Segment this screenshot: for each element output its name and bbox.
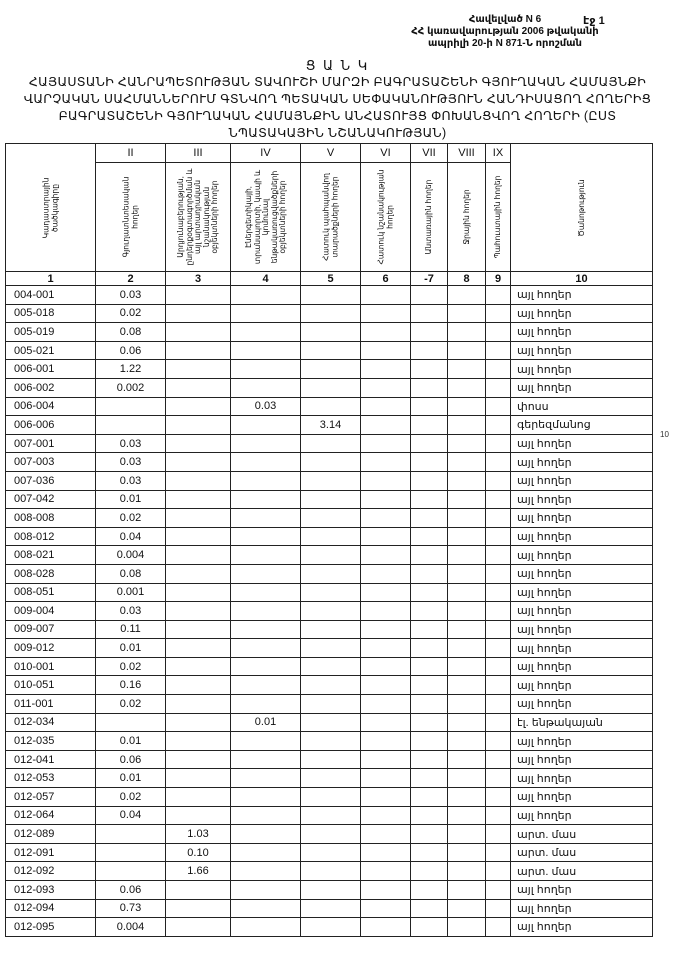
table-row: 006-0011.22այլ հողեր	[6, 360, 653, 379]
special-cell	[361, 881, 411, 900]
energy-transport-cell	[231, 602, 301, 621]
water-cell	[448, 304, 486, 323]
table-row: 008-0120.04այլ հողեր	[6, 527, 653, 546]
reserve-cell	[486, 416, 511, 435]
table-row: 007-0360.03այլ հողեր	[6, 471, 653, 490]
protected-cell	[301, 657, 361, 676]
forest-cell	[411, 397, 448, 416]
note-cell: այլ հողեր	[511, 341, 653, 360]
roman-header: IX	[486, 144, 511, 163]
note-cell: այլ հողեր	[511, 881, 653, 900]
energy-transport-cell	[231, 323, 301, 342]
energy-transport-cell	[231, 881, 301, 900]
table-row: 008-0510.001այլ հողեր	[6, 583, 653, 602]
note-cell: այլ հողեր	[511, 657, 653, 676]
forest-cell	[411, 695, 448, 714]
protected-cell	[301, 825, 361, 844]
col-header-energy-transport: Էներգետիկայի, տրանսպորտի, կապի և կոմունա…	[231, 163, 301, 272]
special-cell	[361, 806, 411, 825]
note-cell: այլ հողեր	[511, 788, 653, 807]
industrial-cell	[166, 676, 231, 695]
energy-transport-cell	[231, 453, 301, 472]
note-cell: այլ հողեր	[511, 918, 653, 937]
forest-cell	[411, 825, 448, 844]
cadastral-code-cell: 004-001	[6, 286, 96, 305]
cadastral-code-cell: 008-008	[6, 509, 96, 528]
forest-cell	[411, 341, 448, 360]
table-row: 012-0950.004այլ հողեր	[6, 918, 653, 937]
forest-cell	[411, 602, 448, 621]
cadastral-code-cell: 010-001	[6, 657, 96, 676]
industrial-cell	[166, 639, 231, 658]
water-cell	[448, 323, 486, 342]
roman-header: VII	[411, 144, 448, 163]
energy-transport-cell	[231, 899, 301, 918]
forest-cell	[411, 546, 448, 565]
forest-cell	[411, 360, 448, 379]
energy-transport-cell	[231, 732, 301, 751]
reserve-cell	[486, 490, 511, 509]
note-cell: այլ հողեր	[511, 732, 653, 751]
industrial-cell	[166, 899, 231, 918]
reserve-cell	[486, 453, 511, 472]
table-row: 012-0930.06այլ հողեր	[6, 881, 653, 900]
water-cell	[448, 471, 486, 490]
water-cell	[448, 788, 486, 807]
forest-cell	[411, 732, 448, 751]
cadastral-code-cell: 012-094	[6, 899, 96, 918]
energy-transport-cell	[231, 676, 301, 695]
protected-cell	[301, 713, 361, 732]
column-number: 2	[96, 272, 166, 286]
cadastral-code-cell: 012-057	[6, 788, 96, 807]
energy-transport-cell	[231, 750, 301, 769]
col-header-forest: Անտառային հողեր	[411, 163, 448, 272]
note-cell: այլ հողեր	[511, 323, 653, 342]
roman-header: III	[166, 144, 231, 163]
table-row: 007-0420.01այլ հողեր	[6, 490, 653, 509]
industrial-cell	[166, 620, 231, 639]
column-number: 9	[486, 272, 511, 286]
note-cell: այլ հողեր	[511, 509, 653, 528]
water-cell	[448, 416, 486, 435]
reserve-cell	[486, 527, 511, 546]
roman-header: V	[301, 144, 361, 163]
cadastral-code-cell: 006-004	[6, 397, 96, 416]
water-cell	[448, 360, 486, 379]
special-cell	[361, 825, 411, 844]
table-row: 009-0120.01այլ հողեր	[6, 639, 653, 658]
table-row: 010-0510.16այլ հողեր	[6, 676, 653, 695]
note-cell: այլ հողեր	[511, 286, 653, 305]
energy-transport-cell	[231, 825, 301, 844]
industrial-cell	[166, 788, 231, 807]
agricultural-cell: 0.73	[96, 899, 166, 918]
forest-cell	[411, 527, 448, 546]
agricultural-cell	[96, 825, 166, 844]
special-cell	[361, 918, 411, 937]
special-cell	[361, 769, 411, 788]
margin-mark: 10	[660, 430, 669, 439]
industrial-cell: 0.10	[166, 843, 231, 862]
agricultural-cell: 0.01	[96, 732, 166, 751]
note-cell: այլ հողեր	[511, 750, 653, 769]
water-cell	[448, 527, 486, 546]
table-row: 006-0020.002այլ հողեր	[6, 378, 653, 397]
forest-cell	[411, 304, 448, 323]
note-cell: այլ հողեր	[511, 471, 653, 490]
water-cell	[448, 546, 486, 565]
table-row: 012-0640.04այլ հողեր	[6, 806, 653, 825]
column-number: 4	[231, 272, 301, 286]
protected-cell	[301, 881, 361, 900]
page-number: էջ 1	[583, 14, 605, 27]
note-cell: այլ հողեր	[511, 360, 653, 379]
table-body: 004-0010.03այլ հողեր005-0180.02այլ հողեր…	[6, 286, 653, 937]
column-number: 10	[511, 272, 653, 286]
reserve-cell	[486, 378, 511, 397]
col-header-water: Ջրային հողեր	[448, 163, 486, 272]
energy-transport-cell	[231, 639, 301, 658]
industrial-cell	[166, 583, 231, 602]
agricultural-cell: 0.02	[96, 695, 166, 714]
cadastral-code-cell: 008-021	[6, 546, 96, 565]
reserve-cell	[486, 360, 511, 379]
cadastral-code-cell: 008-028	[6, 564, 96, 583]
special-cell	[361, 527, 411, 546]
reserve-cell	[486, 732, 511, 751]
note-cell: այլ հողեր	[511, 899, 653, 918]
water-cell	[448, 490, 486, 509]
forest-cell	[411, 899, 448, 918]
table-row: 012-0570.02այլ հողեր	[6, 788, 653, 807]
agricultural-cell: 0.02	[96, 657, 166, 676]
industrial-cell: 1.66	[166, 862, 231, 881]
energy-transport-cell	[231, 583, 301, 602]
note-cell: այլ հողեր	[511, 564, 653, 583]
table-row: 008-0080.02այլ հողեր	[6, 509, 653, 528]
table-row: 007-0010.03այլ հողեր	[6, 434, 653, 453]
water-cell	[448, 806, 486, 825]
water-cell	[448, 286, 486, 305]
energy-transport-cell	[231, 286, 301, 305]
special-cell	[361, 862, 411, 881]
col-header-special: Հատուկ նշանակության հողեր	[361, 163, 411, 272]
reserve-cell	[486, 471, 511, 490]
energy-transport-cell	[231, 304, 301, 323]
note-cell: այլ հողեր	[511, 304, 653, 323]
table-row: 008-0280.08այլ հողեր	[6, 564, 653, 583]
table-row: 012-0410.06այլ հողեր	[6, 750, 653, 769]
roman-header: VIII	[448, 144, 486, 163]
special-cell	[361, 509, 411, 528]
water-cell	[448, 732, 486, 751]
industrial-cell	[166, 453, 231, 472]
column-number-row: 1 2 3 4 5 6 -7 8 9 10	[6, 272, 653, 286]
energy-transport-cell	[231, 490, 301, 509]
reserve-cell	[486, 434, 511, 453]
reserve-cell	[486, 657, 511, 676]
industrial-cell	[166, 546, 231, 565]
energy-transport-cell	[231, 378, 301, 397]
agricultural-cell: 0.04	[96, 806, 166, 825]
special-cell	[361, 732, 411, 751]
agricultural-cell: 0.02	[96, 788, 166, 807]
protected-cell	[301, 862, 361, 881]
water-cell	[448, 657, 486, 676]
water-cell	[448, 769, 486, 788]
note-cell: փոսս	[511, 397, 653, 416]
industrial-cell	[166, 397, 231, 416]
protected-cell	[301, 397, 361, 416]
reserve-cell	[486, 639, 511, 658]
reserve-cell	[486, 564, 511, 583]
energy-transport-cell	[231, 416, 301, 435]
cadastral-code-cell: 009-007	[6, 620, 96, 639]
cadastral-code-cell: 007-003	[6, 453, 96, 472]
industrial-cell	[166, 713, 231, 732]
cadastral-code-cell: 006-006	[6, 416, 96, 435]
water-cell	[448, 843, 486, 862]
energy-transport-cell	[231, 360, 301, 379]
note-cell: այլ հողեր	[511, 434, 653, 453]
energy-transport-cell	[231, 564, 301, 583]
table-row: 005-0210.06այլ հողեր	[6, 341, 653, 360]
water-cell	[448, 750, 486, 769]
energy-transport-cell	[231, 918, 301, 937]
agricultural-cell	[96, 397, 166, 416]
water-cell	[448, 378, 486, 397]
special-cell	[361, 564, 411, 583]
note-cell: այլ հողեր	[511, 546, 653, 565]
roman-header: IV	[231, 144, 301, 163]
col-header-note: Ծանոթություն	[511, 144, 653, 272]
forest-cell	[411, 806, 448, 825]
cadastral-code-cell: 006-001	[6, 360, 96, 379]
protected-cell	[301, 843, 361, 862]
agricultural-cell: 0.06	[96, 341, 166, 360]
energy-transport-cell	[231, 341, 301, 360]
protected-cell	[301, 453, 361, 472]
industrial-cell	[166, 732, 231, 751]
reserve-cell	[486, 825, 511, 844]
energy-transport-cell	[231, 509, 301, 528]
industrial-cell	[166, 286, 231, 305]
column-number: 5	[301, 272, 361, 286]
note-cell: էլ. ենթակայան	[511, 713, 653, 732]
note-cell: արտ. մաս	[511, 862, 653, 881]
appendix-line: Հավելված N 6	[395, 14, 615, 26]
table-row: 012-0350.01այլ հողեր	[6, 732, 653, 751]
col-header-industrial: Արդյունաբերության, ընդերքօգտագործման և ա…	[166, 163, 231, 272]
industrial-cell	[166, 304, 231, 323]
special-cell	[361, 676, 411, 695]
special-cell	[361, 323, 411, 342]
forest-cell	[411, 713, 448, 732]
water-cell	[448, 825, 486, 844]
table-row: 012-0940.73այլ հողեր	[6, 899, 653, 918]
protected-cell: 3.14	[301, 416, 361, 435]
industrial-cell	[166, 695, 231, 714]
forest-cell	[411, 788, 448, 807]
industrial-cell	[166, 341, 231, 360]
protected-cell	[301, 490, 361, 509]
special-cell	[361, 360, 411, 379]
agricultural-cell	[96, 416, 166, 435]
note-cell: գերեզմանոց	[511, 416, 653, 435]
special-cell	[361, 788, 411, 807]
protected-cell	[301, 360, 361, 379]
energy-transport-cell	[231, 843, 301, 862]
special-cell	[361, 378, 411, 397]
reserve-cell	[486, 769, 511, 788]
table-row: 006-0040.03փոսս	[6, 397, 653, 416]
special-cell	[361, 286, 411, 305]
industrial-cell	[166, 602, 231, 621]
energy-transport-cell	[231, 620, 301, 639]
water-cell	[448, 899, 486, 918]
protected-cell	[301, 732, 361, 751]
reserve-cell	[486, 286, 511, 305]
forest-cell	[411, 323, 448, 342]
protected-cell	[301, 620, 361, 639]
water-cell	[448, 453, 486, 472]
industrial-cell	[166, 918, 231, 937]
table-row: 012-0340.01էլ. ենթակայան	[6, 713, 653, 732]
table-row: 004-0010.03այլ հողեր	[6, 286, 653, 305]
cadastral-code-cell: 012-092	[6, 862, 96, 881]
table-row: 005-0180.02այլ հողեր	[6, 304, 653, 323]
cadastral-code-cell: 007-036	[6, 471, 96, 490]
energy-transport-cell: 0.03	[231, 397, 301, 416]
table-row: 012-0921.66արտ. մաս	[6, 862, 653, 881]
protected-cell	[301, 918, 361, 937]
forest-cell	[411, 416, 448, 435]
industrial-cell	[166, 527, 231, 546]
forest-cell	[411, 286, 448, 305]
reserve-cell	[486, 695, 511, 714]
agricultural-cell: 0.11	[96, 620, 166, 639]
cadastral-code-cell: 008-051	[6, 583, 96, 602]
reserve-cell	[486, 602, 511, 621]
note-cell: արտ. մաս	[511, 843, 653, 862]
energy-transport-cell	[231, 769, 301, 788]
table-row: 009-0070.11այլ հողեր	[6, 620, 653, 639]
column-number: 6	[361, 272, 411, 286]
industrial-cell	[166, 378, 231, 397]
appendix-line: ՀՀ կառավարության 2006 թվականի	[395, 26, 615, 38]
special-cell	[361, 843, 411, 862]
table-row: 012-0530.01այլ հողեր	[6, 769, 653, 788]
agricultural-cell: 0.06	[96, 881, 166, 900]
table-row: 010-0010.02այլ հողեր	[6, 657, 653, 676]
agricultural-cell	[96, 862, 166, 881]
industrial-cell	[166, 434, 231, 453]
special-cell	[361, 471, 411, 490]
forest-cell	[411, 657, 448, 676]
protected-cell	[301, 564, 361, 583]
agricultural-cell: 0.03	[96, 453, 166, 472]
special-cell	[361, 546, 411, 565]
agricultural-cell: 0.01	[96, 769, 166, 788]
table-row: 008-0210.004այլ հողեր	[6, 546, 653, 565]
energy-transport-cell	[231, 527, 301, 546]
agricultural-cell: 0.03	[96, 471, 166, 490]
table-row: 005-0190.08այլ հողեր	[6, 323, 653, 342]
forest-cell	[411, 620, 448, 639]
water-cell	[448, 509, 486, 528]
energy-transport-cell	[231, 471, 301, 490]
note-cell: այլ հողեր	[511, 806, 653, 825]
reserve-cell	[486, 713, 511, 732]
cadastral-code-cell: 005-019	[6, 323, 96, 342]
industrial-cell	[166, 509, 231, 528]
industrial-cell: 1.03	[166, 825, 231, 844]
cadastral-code-cell: 009-012	[6, 639, 96, 658]
cadastral-code-cell: 012-064	[6, 806, 96, 825]
protected-cell	[301, 527, 361, 546]
protected-cell	[301, 750, 361, 769]
energy-transport-cell	[231, 806, 301, 825]
protected-cell	[301, 806, 361, 825]
water-cell	[448, 602, 486, 621]
agricultural-cell: 0.03	[96, 434, 166, 453]
agricultural-cell: 0.03	[96, 286, 166, 305]
note-cell: այլ հողեր	[511, 639, 653, 658]
agricultural-cell: 0.08	[96, 564, 166, 583]
note-cell: այլ հողեր	[511, 602, 653, 621]
table-row: 009-0040.03այլ հողեր	[6, 602, 653, 621]
forest-cell	[411, 769, 448, 788]
forest-cell	[411, 843, 448, 862]
reserve-cell	[486, 918, 511, 937]
reserve-cell	[486, 546, 511, 565]
agricultural-cell: 0.01	[96, 639, 166, 658]
special-cell	[361, 639, 411, 658]
water-cell	[448, 583, 486, 602]
agricultural-cell: 0.02	[96, 509, 166, 528]
forest-cell	[411, 918, 448, 937]
forest-cell	[411, 881, 448, 900]
agricultural-cell: 0.002	[96, 378, 166, 397]
reserve-cell	[486, 583, 511, 602]
industrial-cell	[166, 471, 231, 490]
industrial-cell	[166, 416, 231, 435]
cadastral-code-cell: 009-004	[6, 602, 96, 621]
agricultural-cell: 0.01	[96, 490, 166, 509]
reserve-cell	[486, 899, 511, 918]
protected-cell	[301, 769, 361, 788]
cadastral-code-cell: 005-018	[6, 304, 96, 323]
table-row: 011-0010.02այլ հողեր	[6, 695, 653, 714]
water-cell	[448, 918, 486, 937]
protected-cell	[301, 695, 361, 714]
protected-cell	[301, 323, 361, 342]
industrial-cell	[166, 806, 231, 825]
protected-cell	[301, 899, 361, 918]
note-cell: այլ հողեր	[511, 620, 653, 639]
special-cell	[361, 416, 411, 435]
water-cell	[448, 434, 486, 453]
water-cell	[448, 881, 486, 900]
cadastral-code-cell: 010-051	[6, 676, 96, 695]
cadastral-code-cell: 006-002	[6, 378, 96, 397]
water-cell	[448, 341, 486, 360]
agricultural-cell: 0.004	[96, 918, 166, 937]
energy-transport-cell	[231, 695, 301, 714]
industrial-cell	[166, 490, 231, 509]
special-cell	[361, 583, 411, 602]
